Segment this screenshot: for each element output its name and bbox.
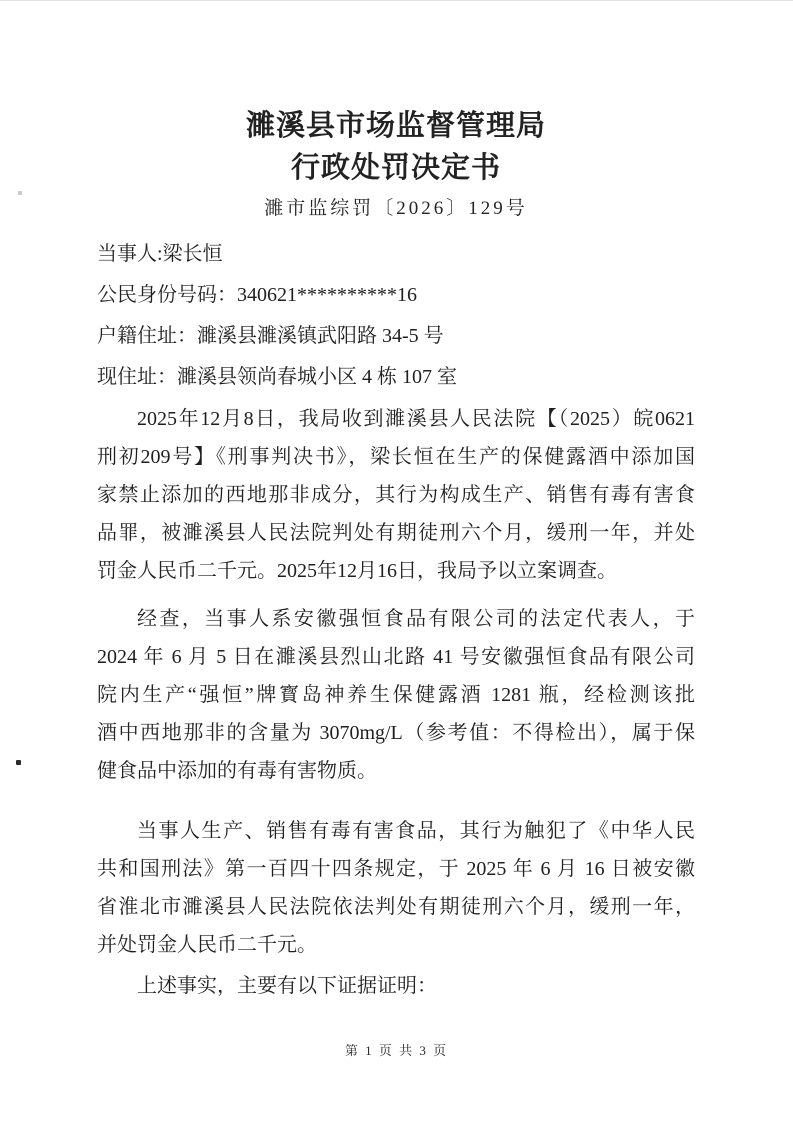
body-line: 并处罚金人民币二千元。 (97, 926, 695, 964)
body-line: 酒中西地那非的含量为 3070mg/L（参考值：不得检出），属于保 (97, 714, 695, 752)
body-line: 共和国刑法》第一百四十四条规定，于 2025 年 6 月 16 日被安徽 (97, 850, 695, 888)
body-line: 2025年12月8日，我局收到濉溪县人民法院【（2025）皖0621 (97, 400, 695, 438)
body-line: 当事人生产、销售有毒有害食品，其行为触犯了《中华人民 (97, 812, 695, 850)
scan-speck-faint (18, 191, 22, 195)
body-line: 上述事实，主要有以下证据证明： (97, 967, 695, 1005)
body-line: 品罪，被濉溪县人民法院判处有期徒刑六个月，缓刑一年，并处 (97, 514, 695, 552)
document-page: 濉溪县市场监督管理局 行政处罚决定书 濉市监综罚〔2026〕129号 当事人:梁… (97, 0, 695, 1005)
page-footer: 第 1 页 共 3 页 (0, 1040, 793, 1059)
info-line: 公民身份号码：340621**********16 (97, 275, 695, 316)
body-line: 院内生产“强恒”牌寳岛神养生保健露酒 1281 瓶，经检测该批 (97, 676, 695, 714)
scan-speck-dark (16, 760, 21, 765)
document-number: 濉市监综罚〔2026〕129号 (97, 188, 695, 230)
info-line: 户籍住址：濉溪县濉溪镇武阳路 34-5 号 (97, 316, 695, 357)
body-line: 刑初209号】《刑事判决书》，梁长恒在生产的保健露酒中添加国 (97, 438, 695, 476)
body-line: 2024 年 6 月 5 日在濉溪县烈山北路 41 号安徽强恒食品有限公司 (97, 638, 695, 676)
info-line: 现住址：濉溪县领尚春城小区 4 栋 107 室 (97, 357, 695, 398)
info-line: 当事人:梁长恒 (97, 234, 695, 275)
agency-title: 濉溪县市场监督管理局 (97, 104, 695, 148)
paragraph: 当事人生产、销售有毒有害食品，其行为触犯了《中华人民共和国刑法》第一百四十四条规… (97, 812, 695, 964)
paragraph: 经查，当事人系安徽强恒食品有限公司的法定代表人，于2024 年 6 月 5 日在… (97, 600, 695, 790)
body-line: 省淮北市濉溪县人民法院依法判处有期徒刑六个月，缓刑一年， (97, 888, 695, 926)
body-line: 家禁止添加的西地那非成分，其行为构成生产、销售有毒有害食 (97, 476, 695, 514)
info-block: 当事人:梁长恒公民身份号码：340621**********16户籍住址：濉溪县… (97, 234, 695, 398)
body-line: 健食品中添加的有毒有害物质。 (97, 752, 695, 790)
body-line: 经查，当事人系安徽强恒食品有限公司的法定代表人，于 (97, 600, 695, 638)
paragraph: 上述事实，主要有以下证据证明： (97, 967, 695, 1005)
body-line: 罚金人民币二千元。2025年12月16日，我局予以立案调查。 (97, 552, 695, 590)
paragraph: 2025年12月8日，我局收到濉溪县人民法院【（2025）皖0621刑初209号… (97, 400, 695, 590)
paragraphs: 2025年12月8日，我局收到濉溪县人民法院【（2025）皖0621刑初209号… (97, 400, 695, 1005)
document-title: 行政处罚决定书 (97, 148, 695, 188)
